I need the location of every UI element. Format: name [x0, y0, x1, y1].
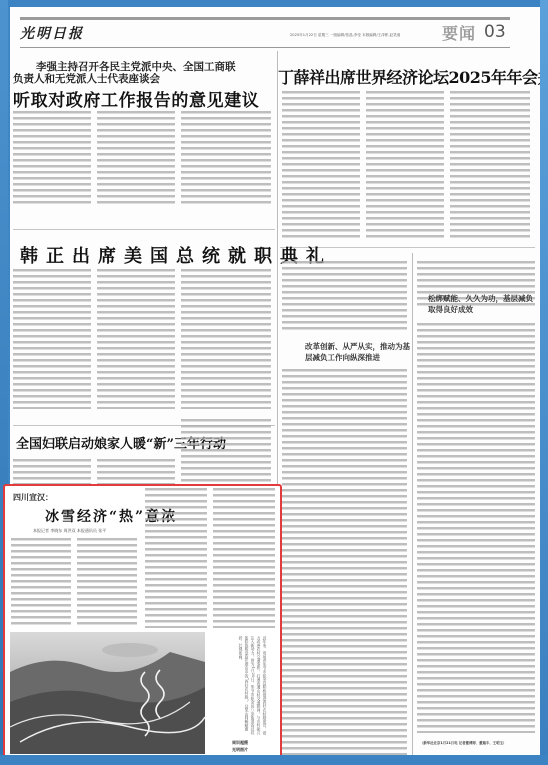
article-body-column — [13, 111, 91, 207]
article-headline: 丁薛祥出席世界经济论坛2025年年会并致辞 — [278, 65, 540, 88]
article-body-column — [450, 91, 530, 241]
article-body-column — [13, 269, 91, 409]
masthead: 光明日报 2025年1月22日 星期三 一版编辑/张晶,李莹 本版编辑/王泽彬,… — [20, 23, 510, 45]
photo-credit: 光明图片 — [232, 747, 272, 754]
subhead-text: 松绑赋能、久久为功，基层减负取得良好成效 — [428, 293, 533, 315]
article-body-column — [282, 369, 407, 759]
article-body-column — [97, 459, 175, 485]
article-body-column — [13, 459, 91, 485]
photo-credit: 周训超摄 — [232, 740, 272, 747]
window-bottom-frame — [0, 755, 548, 765]
article-body-column — [181, 419, 271, 485]
masthead-rule — [20, 47, 510, 48]
article-kicker: 四川宣汉： — [13, 492, 53, 503]
landscape-photo-icon — [10, 632, 205, 754]
article-body-column — [282, 261, 407, 331]
article-body-column — [213, 488, 275, 628]
top-rule — [20, 17, 510, 20]
article-body-column — [181, 111, 271, 207]
article-subhead: 松绑赋能、久久为功，基层减负取得良好成效 — [428, 293, 533, 315]
article-credit: （新华社北京1月21日电 记者董博婷、董瑞丰、王明玉） — [420, 740, 538, 748]
divider — [13, 229, 275, 230]
photo-mountain-road — [10, 632, 205, 754]
article-body-column — [145, 488, 207, 628]
window-right-frame — [540, 0, 548, 765]
subhead-text: 改革创新、从严从实，推动为基层减负工作向纵深推进 — [305, 341, 415, 363]
article-body-column — [282, 91, 360, 241]
article-body-column — [97, 111, 175, 207]
article-headline: 听取对政府工作报告的意见建议 — [13, 86, 259, 111]
newspaper-logo: 光明日报 — [20, 23, 84, 43]
photo-caption: 近年来，贵州省毕节市织金县积极推进四好农村路建设，着力改善农村交通条件，打通连通… — [212, 636, 268, 736]
article-subhead: 改革创新、从严从实，推动为基层减负工作向纵深推进 — [305, 341, 415, 363]
article-body-column — [77, 538, 137, 628]
article-subtitle: 负责人和无党派人士代表座谈会 — [13, 71, 160, 86]
article-body-column — [417, 323, 535, 733]
article-body-column — [97, 269, 175, 409]
column-divider — [412, 253, 413, 761]
window-top-frame — [0, 0, 548, 7]
section-title: 要闻 — [442, 21, 476, 44]
article-body-column — [366, 91, 444, 241]
article-body-column — [11, 538, 71, 628]
article-body-column — [181, 269, 271, 409]
date-editor-line: 2025年1月22日 星期三 一版编辑/张晶,李莹 本版编辑/王泽彬,赵笑迪 — [290, 33, 400, 38]
page-number: 03 — [484, 22, 506, 42]
